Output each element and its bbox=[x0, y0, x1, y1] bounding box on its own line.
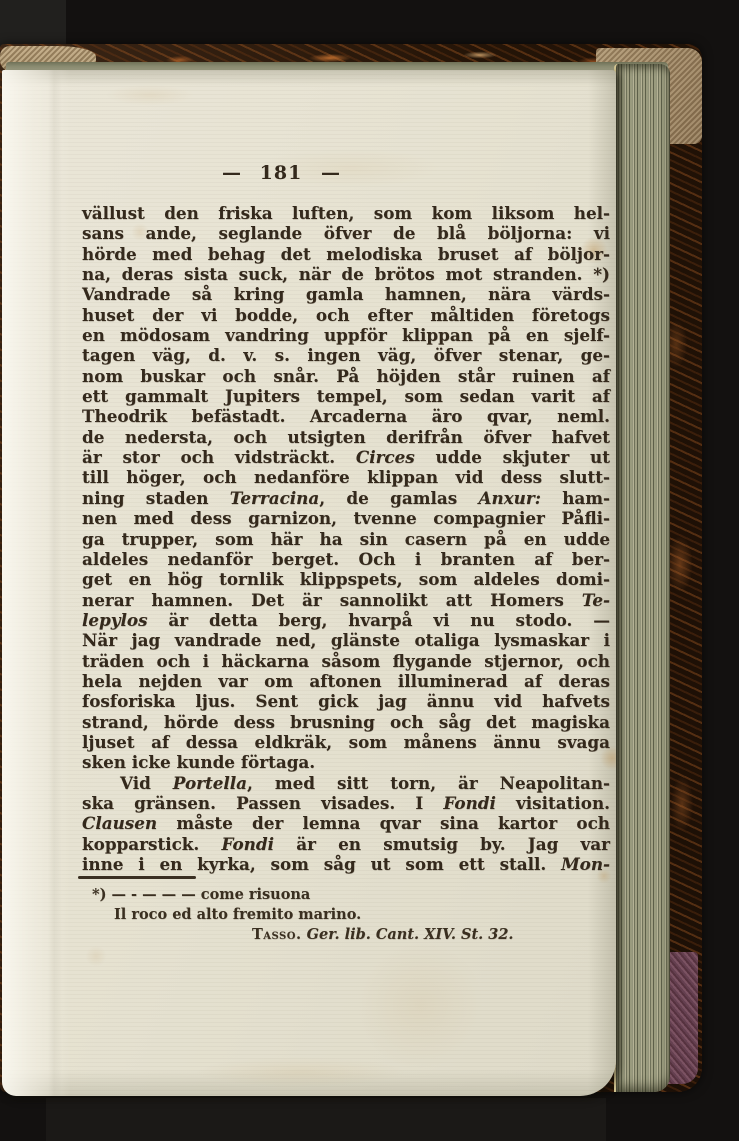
text-line: sken icke kunde förtaga. bbox=[82, 752, 610, 772]
book-page: — 181 — vällust den friska luften, som k… bbox=[2, 70, 616, 1096]
backdrop-shadow-patch bbox=[0, 0, 66, 50]
text-line: är stor och vidsträckt. Circes udde skju… bbox=[82, 447, 610, 467]
text-line: strand, hörde dess brusning och såg det … bbox=[82, 712, 610, 732]
text-line: inne i en kyrka, som såg ut som ett stal… bbox=[82, 854, 610, 874]
text-line: huset der vi bodde, och efter måltiden f… bbox=[82, 305, 610, 325]
text-line: hela nejden var om aftonen illuminerad a… bbox=[82, 671, 610, 691]
text-line: Vandrade så kring gamla hamnen, nära vär… bbox=[82, 284, 610, 304]
text-line: *) — - — — — come risuona bbox=[92, 885, 558, 905]
text-line: nom buskar och snår. På höjden står ruin… bbox=[82, 366, 610, 386]
text-line: ning staden Terracina, de gamlas Anxur: … bbox=[82, 488, 610, 508]
text-line: en mödosam vandring uppför klippan på en… bbox=[82, 325, 610, 345]
text-line: ska gränsen. Passen visades. I Fondi vis… bbox=[82, 793, 610, 813]
backdrop-shadow-patch bbox=[46, 1098, 606, 1141]
footnote-lines: *) — - — — — come risuonaIl roco ed alto… bbox=[78, 885, 558, 945]
text-line: Tasso. Ger. lib. Cant. XIV. St. 32. bbox=[252, 925, 558, 945]
footnote-rule bbox=[78, 876, 196, 879]
text-line: Clausen måste der lemna qvar sina kartor… bbox=[82, 813, 610, 833]
text-line: Vid Portella, med sitt torn, är Neapolit… bbox=[82, 773, 610, 793]
text-line: sans ande, seglande öfver de blå böljorn… bbox=[82, 223, 610, 243]
text-line: ett gammalt Jupiters tempel, som sedan v… bbox=[82, 386, 610, 406]
page-number-dash-left: — bbox=[222, 162, 241, 184]
text-line: aldeles nedanför berget. Och i branten a… bbox=[82, 549, 610, 569]
scanned-book-photo: — 181 — vällust den friska luften, som k… bbox=[0, 0, 739, 1141]
body-text: vällust den friska luften, som kom likso… bbox=[82, 203, 610, 874]
text-line: ga trupper, som här ha sin casern på en … bbox=[82, 529, 610, 549]
text-line: lepylos är detta berg, hvarpå vi nu stod… bbox=[82, 610, 610, 630]
text-line: När jag vandrade ned, glänste otaliga ly… bbox=[82, 630, 610, 650]
text-line: ljuset af dessa eldkräk, som månens ännu… bbox=[82, 732, 610, 752]
text-line: get en hög tornlik klippspets, som aldel… bbox=[82, 569, 610, 589]
page-number-dash-right: — bbox=[321, 162, 340, 184]
text-line: Theodrik befästadt. Arcaderna äro qvar, … bbox=[82, 406, 610, 426]
text-line: hörde med behag det melodiska bruset af … bbox=[82, 244, 610, 264]
text-line: de nedersta, och utsigten derifrån öfver… bbox=[82, 427, 610, 447]
text-line: träden och i häckarna såsom flygande stj… bbox=[82, 651, 610, 671]
text-line: vällust den friska luften, som kom likso… bbox=[82, 203, 610, 223]
text-line: na, deras sista suck, när de brötos mot … bbox=[82, 264, 610, 284]
text-line: fosforiska ljus. Sent gick jag ännu vid … bbox=[82, 691, 610, 711]
text-line: Il roco ed alto fremito marino. bbox=[114, 905, 558, 925]
page-number-row: — 181 — bbox=[222, 162, 340, 184]
text-line: nen med dess garnizon, tvenne compagnier… bbox=[82, 508, 610, 528]
page-block-fore-edge bbox=[614, 64, 670, 1092]
text-line: tagen väg, d. v. s. ingen väg, öfver ste… bbox=[82, 345, 610, 365]
text-line: till höger, och nedanföre klippan vid de… bbox=[82, 467, 610, 487]
page-number: 181 bbox=[260, 162, 303, 184]
text-line: nerar hamnen. Det är sannolikt att Homer… bbox=[82, 590, 610, 610]
text-line: kopparstick. Fondi är en smutsig by. Jag… bbox=[82, 834, 610, 854]
